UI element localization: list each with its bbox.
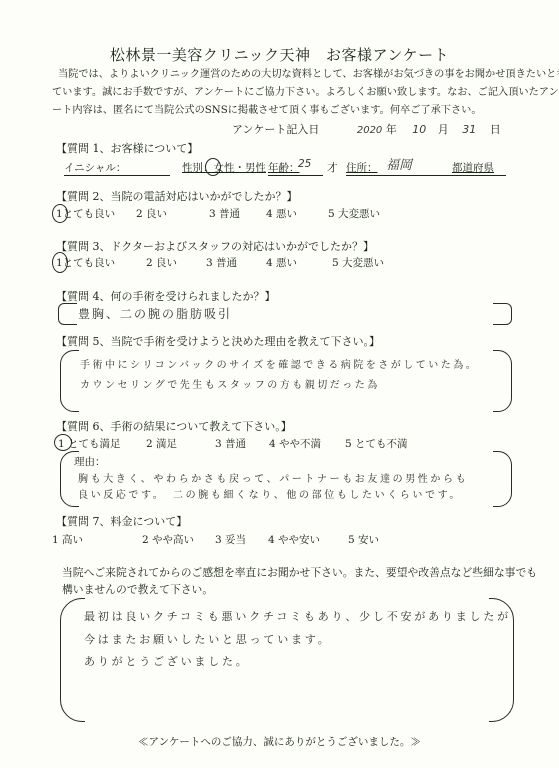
date-day-unit: 日 — [490, 121, 501, 137]
q2-option-3[interactable]: 3 普通 — [209, 206, 240, 221]
date-month-unit: 月 — [438, 121, 449, 137]
q6-answer-line-2: 良い反応です。 二の腕も細くなり、他の部位もしたいくらいです。 — [78, 486, 462, 501]
q2-options: 1とても良い 2 良い 3 普通 4 悪い 5 大変悪い — [0, 206, 559, 224]
q7-option-2[interactable]: 2 やや高い — [142, 532, 194, 547]
age-underline — [268, 175, 323, 176]
q3-option-2[interactable]: 2 良い — [146, 255, 177, 270]
q3-option-3[interactable]: 3 普通 — [206, 255, 237, 270]
initial-label: イニシャル： — [64, 160, 126, 175]
q3-option-1[interactable]: 1とても良い — [56, 255, 115, 270]
gender-selected-circle — [205, 158, 221, 176]
q5-heading: 【質問 5、当院で手術を受けようと決めた理由を教えて下さい。】 — [56, 333, 380, 349]
date-month[interactable]: 10 — [412, 123, 426, 136]
address-field[interactable]: 福岡 — [386, 154, 412, 173]
intro-line-1: 当院では、よりよいクリニック運営のための大切な資料として、お客様がお気づきの事を… — [58, 66, 559, 84]
address-label: 住所： — [346, 160, 378, 175]
age-field[interactable]: 25 — [298, 158, 311, 170]
q2-heading: 【質問 2、当院の電話対応はいかがでしたか？】 — [56, 188, 298, 204]
comments-prompt-line-2: 構いませんので教えて下さい。 — [62, 582, 213, 597]
age-unit: 才 — [327, 160, 338, 175]
q2-option-4[interactable]: 4 悪い — [266, 206, 297, 221]
age-label: 年齢： — [268, 160, 300, 175]
q2-option-2[interactable]: 2 良い — [136, 206, 167, 221]
q6-answer-line-1: 胸も大きく、やわらかさも戻って、パートナーもお友達の男性からも — [78, 470, 468, 485]
date-day[interactable]: 31 — [462, 123, 476, 136]
comments-answer-line-1: 最初は良いクチコミも悪いクチコミもあり、少し不安がありましたが — [84, 608, 511, 624]
survey-title: 松林景一美容クリニック天神 お客様アンケート — [0, 44, 559, 65]
q7-heading: 【質問 7、料金について】 — [56, 513, 187, 529]
q3-option-4[interactable]: 4 悪い — [266, 255, 297, 270]
q6-reason-label: 理由： — [74, 454, 106, 469]
address-underline — [346, 175, 506, 176]
q4-answer: 豊胸、二の腕の脂肪吸引 — [78, 305, 232, 322]
q3-option-5[interactable]: 5 大変悪い — [332, 255, 384, 270]
q7-option-4[interactable]: 4 やや安い — [268, 532, 320, 547]
date-year[interactable]: 2020 — [357, 125, 382, 136]
intro-line-2: ています。誠にお手数ですが、アンケートにご協力下さい。よろしくお願い致します。な… — [52, 84, 559, 102]
q6-heading: 【質問 6、手術の結果について教えて下さい。】 — [56, 418, 292, 434]
footer-thanks: ≪アンケートへのご協力、誠にありがとうございました。≫ — [0, 734, 559, 749]
q2-option-1[interactable]: 1とても良い — [56, 206, 115, 221]
date-label: アンケート記入日 — [232, 121, 319, 137]
q5-answer-line-1: 手術中にシリコンバックのサイズを確認できる病院をさがしていた為。 — [80, 356, 478, 371]
q7-option-5[interactable]: 5 安い — [348, 532, 379, 547]
q7-option-3[interactable]: 3 妥当 — [215, 532, 246, 547]
q1-fields: イニシャル： 性別：女性・男性 年齢： 25 才 住所： 福岡 都道府県 — [0, 160, 559, 180]
date-year-unit: 年 — [386, 121, 397, 137]
q3-options: 1とても良い 2 良い 3 普通 4 悪い 5 大変悪い — [0, 255, 559, 273]
initial-underline — [64, 175, 170, 176]
comments-prompt-line-1: 当院へご来院されてからのご感想を率直にお聞かせ下さい。また、要望や改善点など些細… — [62, 565, 537, 580]
comments-answer-line-2: 今はまたお願いしたいと思っています。 — [84, 631, 332, 647]
q5-answer-line-2: カウンセリングで先生もスタッフの方も親切だった為 — [80, 376, 380, 391]
q7-options: 1 高い 2 やや高い 3 妥当 4 やや安い 5 安い — [0, 532, 559, 550]
comments-answer-line-3: ありがとうございました。 — [84, 653, 250, 669]
survey-date: アンケート記入日 2020 年 10 月 31 日 — [232, 121, 501, 137]
address-unit: 都道府県 — [452, 160, 494, 175]
q7-option-1[interactable]: 1 高い — [52, 532, 83, 547]
gender-field[interactable]: 性別：女性・男性 — [182, 160, 266, 175]
q3-heading: 【質問 3、ドクターおよびスタッフの対応はいかがでしたか？】 — [56, 238, 374, 254]
q1-heading: 【質問 1、お客様について】 — [56, 140, 198, 156]
intro-line-3: ート内容は、匿名にて当院公式のSNSに掲載させて頂く事もございます。何卒ご了承下… — [52, 102, 482, 120]
q2-option-5[interactable]: 5 大変悪い — [328, 206, 380, 221]
